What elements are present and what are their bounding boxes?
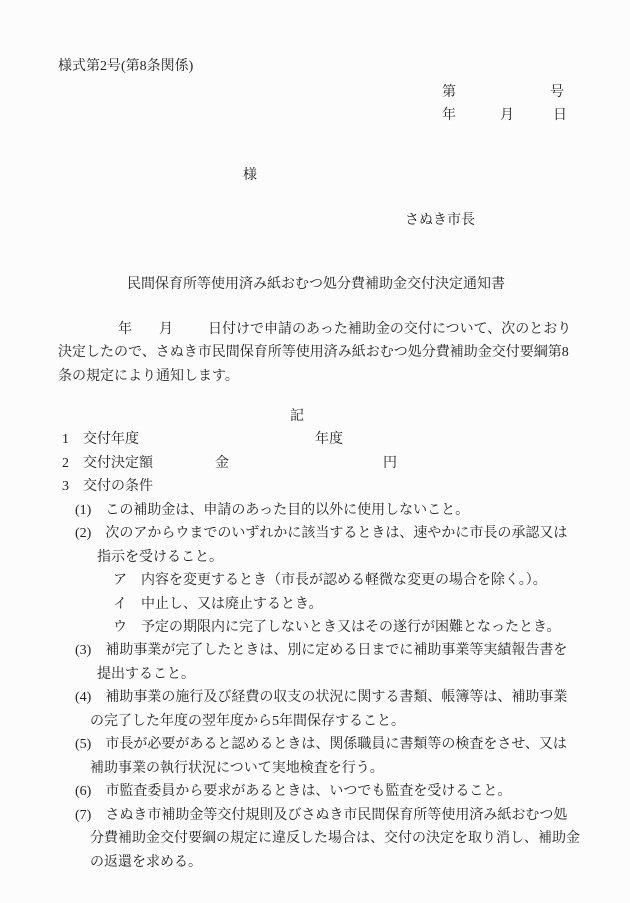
condition-5-line-2: 補助事業の執行状況について実地検査を行う。 (90, 761, 384, 778)
document-page: 様式第2号(第8条関係) 第 号 年 月 日 様 さぬき市長 民間保育所等使用済… (0, 0, 630, 903)
opening-line-2: 決定したので、さぬき市民間保育所等使用済み紙おむつ処分費補助金交付要綱第8 (58, 345, 569, 362)
form-number-label: 様式第2号(第8条関係) (58, 59, 193, 76)
doc-number-suffix: 号 (550, 85, 564, 102)
condition-2-line-2: 指示を受けること。 (97, 550, 223, 567)
opening-line-1: 年 月 日付けで申請のあった補助金の交付について、次のとおり (0, 322, 630, 406)
condition-2-line-1: (2) 次のアからウまでのいずれかに該当するときは、速やかに市長の承認又は (75, 526, 567, 543)
opening-day-and-text: 日付けで申請のあった補助金の交付について、次のとおり (208, 322, 571, 339)
document-title: 民間保育所等使用済み紙おむつ処分費補助金交付決定通知書 (127, 277, 505, 294)
item-grant-amount-suffix: 円 (383, 456, 397, 473)
condition-2-sub-u: ウ 予定の期限内に完了しないとき又はその遂行が困難となったとき。 (113, 620, 560, 637)
doc-number-prefix: 第 (442, 85, 456, 102)
condition-2-sub-i: イ 中止し、又は廃止するとき。 (113, 597, 322, 614)
opening-year-label: 年 (118, 322, 132, 339)
date-year-label: 年 (442, 108, 456, 125)
condition-4-line-2: の完了した年度の翌年度から5年間保存すること。 (90, 714, 405, 731)
condition-5-line-1: (5) 市長が必要があると認めるときは、関係職員に書類等の検査をさせ、又は (75, 737, 567, 754)
condition-2-sub-a: ア 内容を変更するとき（市長が認める軽微な変更の場合を除く。）。 (113, 573, 547, 590)
addressee-honorific: 様 (243, 168, 257, 185)
condition-7-line-2: 分費補助金交付要綱の規定に違反した場合は、交付の決定を取り消し、補助金 (90, 831, 580, 848)
item-grant-amount-prefix: 金 (215, 456, 229, 473)
condition-3-line-1: (3) 補助事業が完了したときは、別に定める日までに補助事業等実績報告書を (75, 643, 567, 660)
condition-4-line-1: (4) 補助事業の施行及び経費の収支の状況に関する書類、帳簿等は、補助事業 (75, 690, 567, 707)
sender-name: さぬき市長 (405, 213, 475, 230)
condition-7-line-1: (7) さぬき市補助金等交付規則及びさぬき市民間保育所等使用済み紙おむつ処 (75, 808, 567, 825)
date-day-label: 日 (553, 108, 567, 125)
item-grant-year-label: 1 交付年度 (62, 432, 139, 449)
date-line: 年 月 日 (0, 108, 630, 192)
item-conditions-heading: 3 交付の条件 (62, 479, 153, 496)
item-grant-amount-label: 2 交付決定額 (62, 456, 153, 473)
item-grant-year-suffix: 年度 (315, 432, 343, 449)
condition-6-line-1: (6) 市監査委員から要求があるときは、いつでも監査を受けること。 (75, 784, 511, 801)
ki-marker: 記 (290, 409, 304, 426)
date-month-label: 月 (500, 108, 514, 125)
condition-1-line-1: (1) この補助金は、申請のあった目的以外に使用しないこと。 (75, 503, 469, 520)
opening-line-3: 条の規定により通知します。 (58, 369, 239, 386)
condition-7-line-3: の返還を求める。 (90, 855, 202, 872)
condition-3-line-2: 提出すること。 (97, 667, 195, 684)
opening-month-label: 月 (159, 322, 173, 339)
